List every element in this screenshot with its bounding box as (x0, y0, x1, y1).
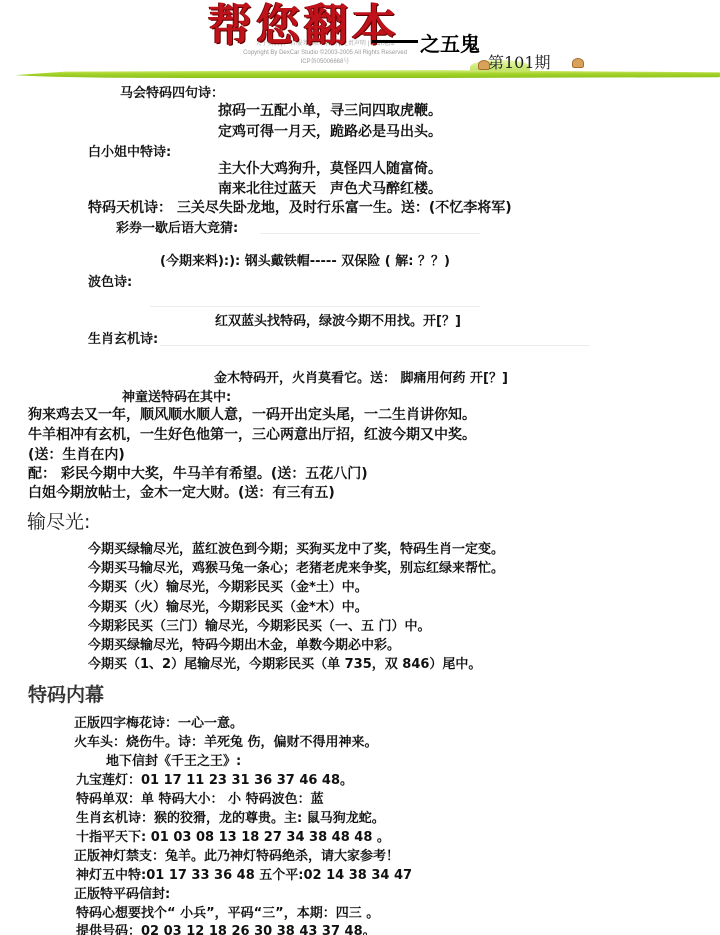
divine-child-line: 牛羊相冲有玄机，一生好色他第一，三心两意出厅招，红波今期又中奖。 (28, 424, 476, 444)
lose-all-line: 今期买（火）输尽光，今期彩民买（金*土）中。 (88, 576, 368, 595)
section-title-lose-all: 输尽光: (27, 507, 90, 534)
green-swoosh-decoration (8, 70, 720, 78)
poem-line: 主大仆大鸡狗升，莫怪四人随富倚。 (218, 158, 442, 178)
lose-all-line: 今期彩民买（三门）输尽光，今期彩民买（一、五 门）中。 (88, 615, 431, 634)
lose-all-line: 今期买马输尽光，鸡猴马兔一条心；老猪老虎来争奖，别忘红绿来帮忙。 (88, 557, 504, 576)
watermark-line: ICP备05006668号 (225, 58, 425, 67)
inside-story-line: 提供号码：02 03 12 18 26 30 38 43 37 48。 (76, 920, 376, 935)
divine-child-line: 配： 彩民今期中大奖，牛马羊有希望。(送：五花八门) (28, 463, 368, 483)
lose-all-line: 今期买绿输尽光，特码今期出木金，单数今期必中彩。 (88, 634, 400, 653)
divine-child-line: 白姐今期放帖士，金木一定大财。(送：有三有五) (28, 482, 335, 502)
divine-child-line: (送：生肖在内) (28, 444, 125, 464)
page-title: 帮您翻本 (208, 0, 400, 52)
lose-all-line: 今期买（火）输尽光，今期彩民买（金*木）中。 (88, 596, 368, 615)
issue-number: 第101期 (488, 50, 551, 73)
inside-story-line: 十指平天下: 01 03 08 13 18 27 34 38 48 48 。 (76, 826, 390, 845)
faint-divider (160, 345, 590, 346)
divine-child-line: 狗来鸡去又一年，顺风顺水顺人意，一码开出定头尾，一二生肖讲你知。 (28, 404, 476, 424)
poem-line: 南来北往过蓝天 声色犬马醉红楼。 (218, 178, 442, 198)
section-label-four-line-poem: 马会特码四句诗： (120, 82, 224, 101)
poem-line: 掠码一五配小单，寻三问四取虎鞭。 (218, 100, 442, 120)
inside-story-line: 正版四字梅花诗：一心一意。 (74, 712, 243, 731)
inside-story-line: 特码单双：单 特码大小： 小 特码波色：蓝 (76, 788, 324, 807)
inside-story-line: 特码心想要找个“ 小兵”，平码“三”，本期：四三 。 (76, 902, 379, 921)
section-label-zodiac-poem: 生肖玄机诗: (88, 328, 158, 347)
section-label-wave-poem: 波色诗: (88, 271, 132, 290)
section-label-miss-bai: 白小姐中特诗: (88, 141, 171, 160)
wave-poem-text: 红双蓝头找特码，绿波今期不用找。开[？] (215, 310, 461, 329)
header-banner: 关于我们 | 广告服务 | 联系我们 | 免责声明 | 网站地图 Copyrig… (0, 0, 720, 82)
tianji-poem: 特码天机诗： 三关尽失卧龙地，及时行乐富一生。送：(不忆李将军) (88, 197, 512, 217)
faint-divider (150, 306, 480, 307)
lose-all-line: 今期买（1、2）尾输尽光，今期彩民买（单 735，双 846）尾中。 (88, 653, 481, 672)
inside-story-line: 火车头：烧伤牛。诗：羊死兔 伤，偏财不得用神来。 (74, 731, 378, 750)
inside-story-line: 九宝莲灯：01 17 11 23 31 36 37 46 48。 (76, 769, 353, 788)
riddle-text: (今期来料):): 钢头戴铁帽----- 双保险 ( 解: ？？) (160, 250, 450, 269)
page-subtitle: 之五鬼 (420, 28, 480, 57)
inside-story-line: 神灯五中特:01 17 33 36 48 五个平:02 14 38 34 47 (76, 864, 412, 883)
inside-story-line: 地下信封《千王之王》: (106, 750, 241, 769)
inside-story-line: 正版神灯禁支：兔羊。此乃神灯特码绝杀，请大家参考！ (74, 845, 399, 864)
faint-divider (260, 233, 480, 234)
section-title-inside-story: 特码内幕 (28, 680, 104, 707)
section-label-riddle: 彩券一歇后语大竞猜: (116, 217, 238, 236)
inside-story-line: 生肖玄机诗：猴的狡猾，龙的尊贵。主: 鼠马狗龙蛇。 (76, 807, 385, 826)
lose-all-line: 今期买绿输尽光，蓝红波色到今期；买狗买龙中了奖，特码生肖一定变。 (88, 538, 504, 557)
section-label-divine-child: 神童送特码在其中: (122, 386, 231, 405)
poem-line: 定鸡可得一月天，跪路必是马出头。 (218, 121, 442, 141)
inside-story-line: 正版特平码信封: (74, 883, 170, 902)
zodiac-poem-text: 金木特码开，火肖莫看它。送： 脚痛用何药 开[？] (214, 367, 508, 386)
title-dash-divider (372, 40, 418, 43)
mascot-icon (572, 58, 584, 68)
